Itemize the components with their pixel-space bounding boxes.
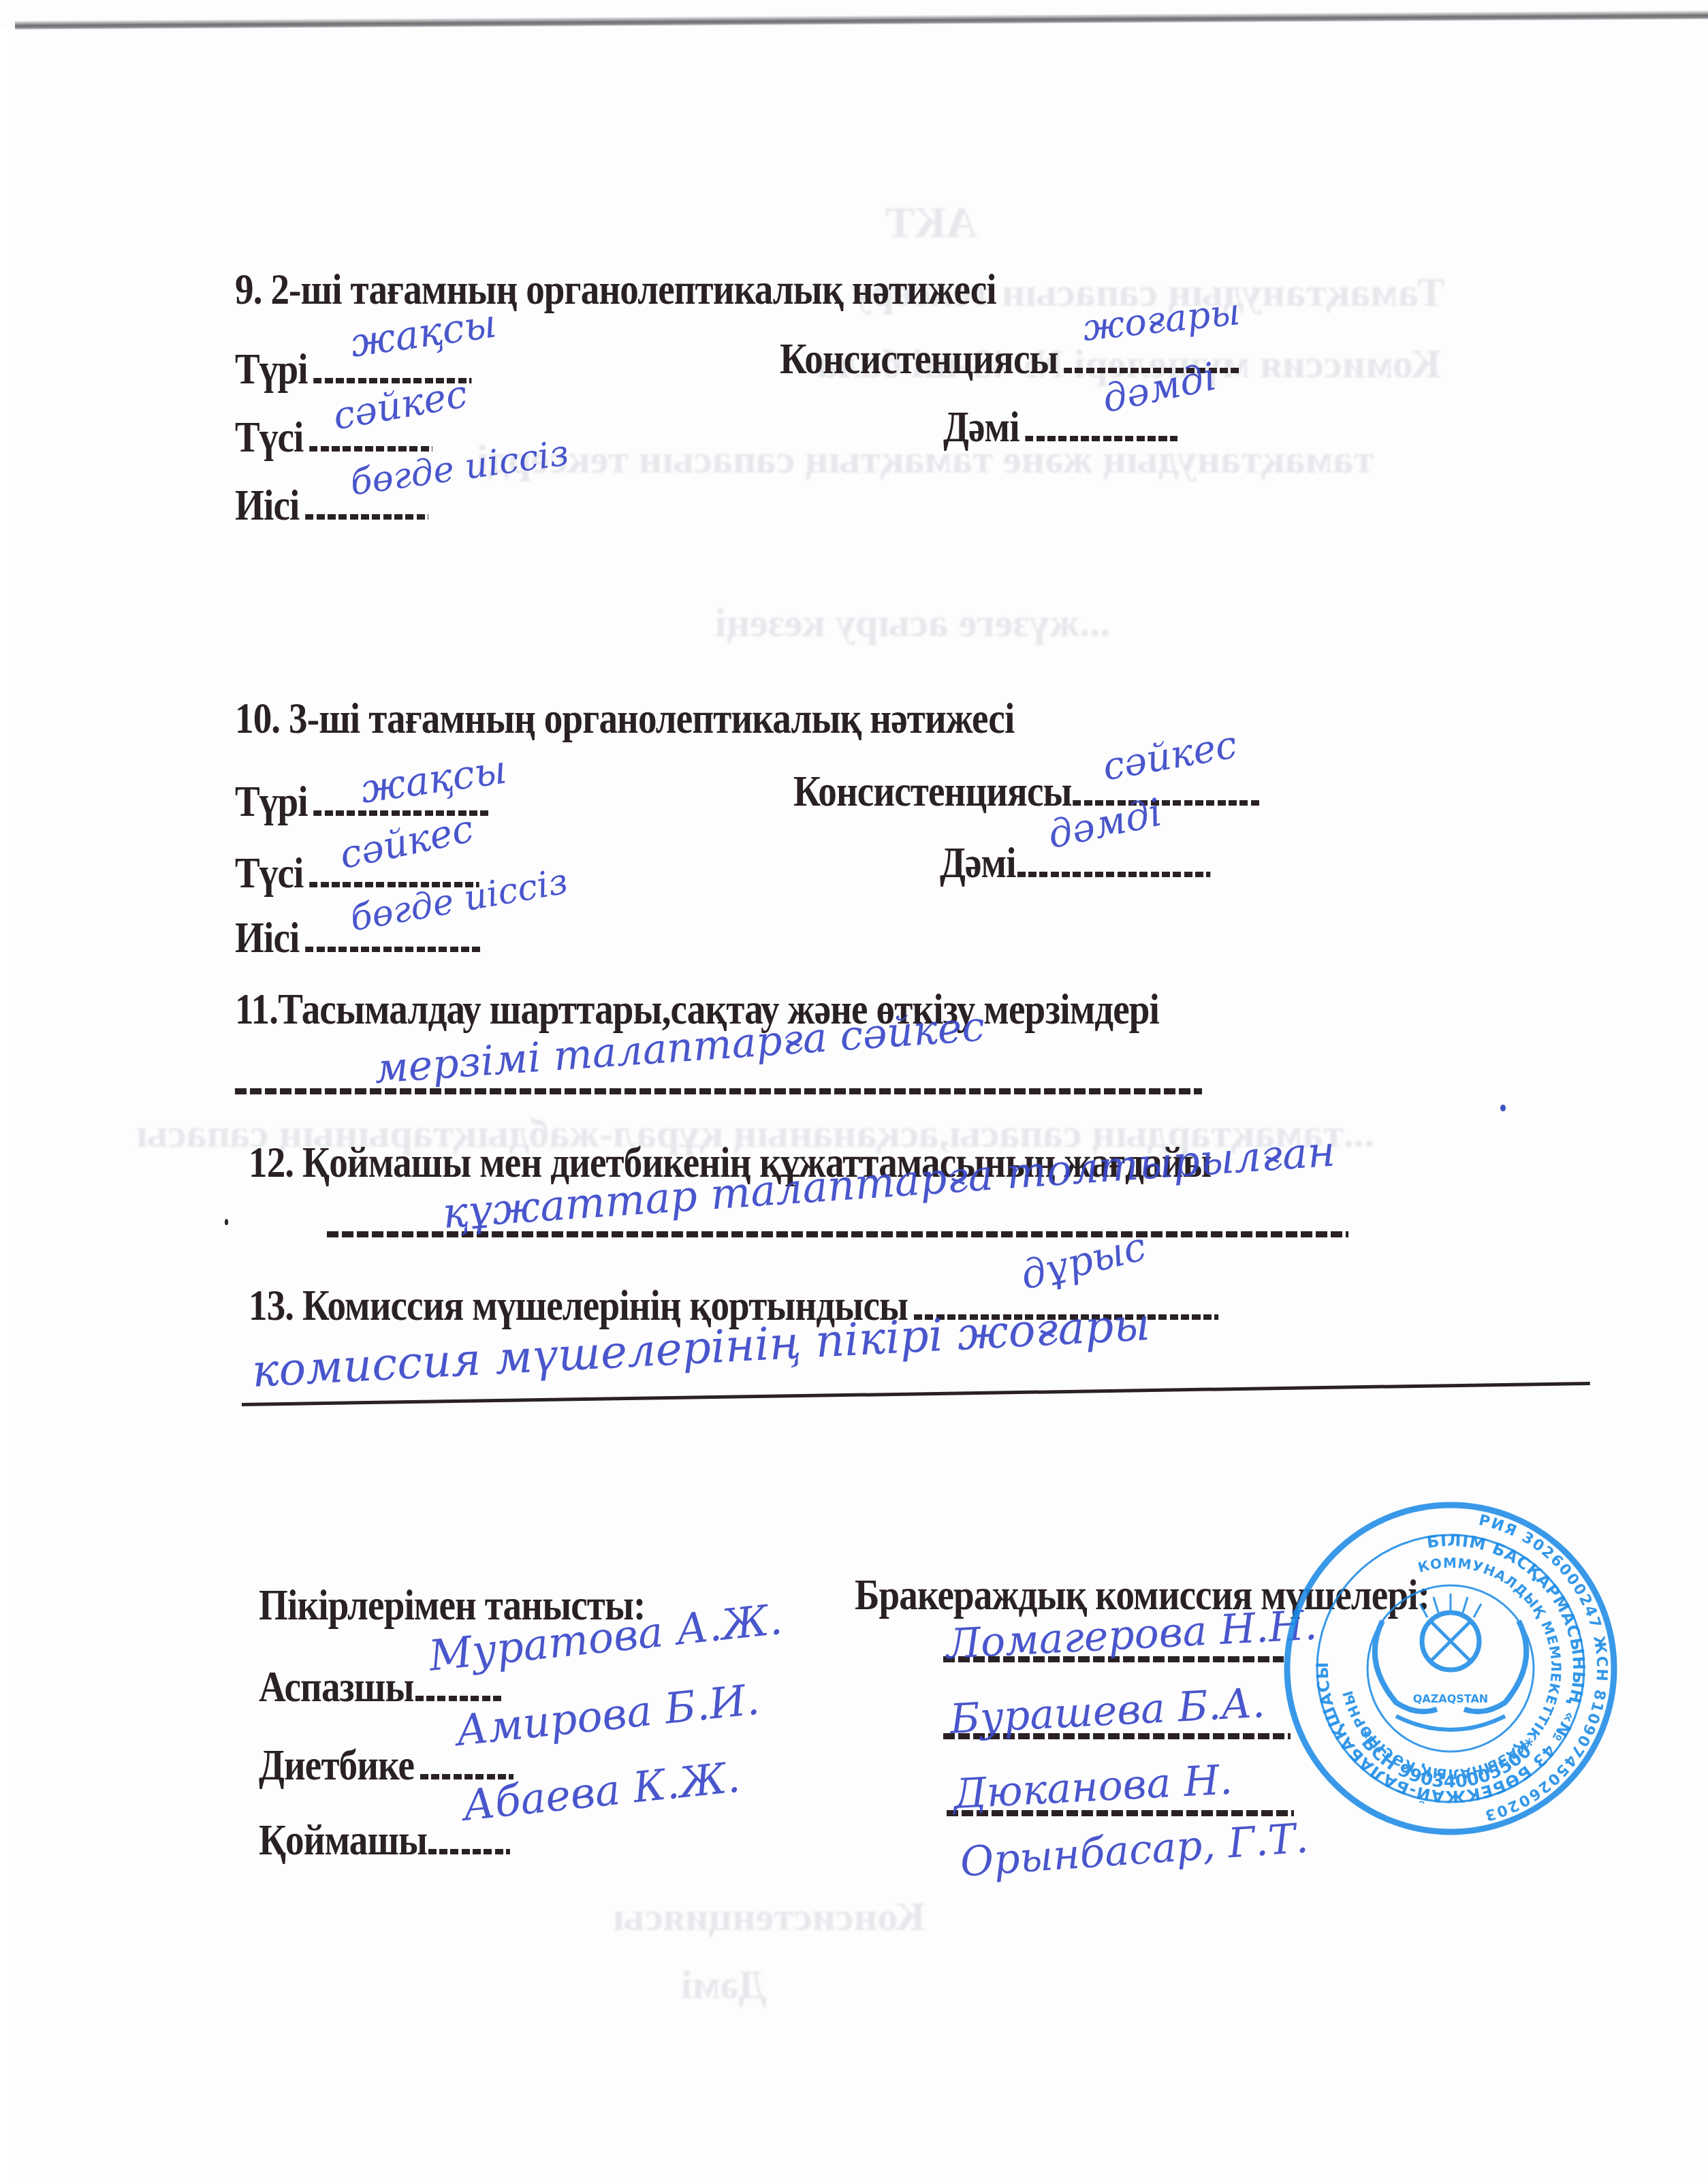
fill-line <box>415 1696 503 1701</box>
field-label: Түсі <box>235 413 304 461</box>
field-label: Түрі <box>235 345 308 393</box>
bleed-title: АКТ <box>885 197 977 248</box>
field-label: Иісі <box>235 481 299 529</box>
field-label: Түрі <box>235 777 308 825</box>
field-label: Иісі <box>235 913 299 962</box>
field-label: Консистенциясы <box>780 334 1058 383</box>
scan-edge-shadow <box>15 10 1708 30</box>
stamp-seal-icon: РИЯ 3026000247 ЖСН 810907450260203 БІЛІМ… <box>1280 1498 1621 1839</box>
fill-line <box>309 446 432 452</box>
role-label: Қоймашы <box>259 1816 427 1864</box>
bleed-line: ...жүзеге асыру кезеңі <box>715 599 1110 646</box>
stamp-emblem-text: QAZAQSTAN <box>1413 1692 1489 1705</box>
field-label: Түсі <box>235 849 304 897</box>
commission-signature: Дюканова Н. <box>952 1756 1233 1818</box>
fill-line <box>1017 872 1210 877</box>
field-label: Консистенциясы <box>793 767 1072 815</box>
field-label: Дәмі <box>940 838 1016 887</box>
bleed-line: Консистенциясы <box>613 1893 926 1940</box>
fill-line <box>305 514 428 520</box>
commission-signature: Орынбасар, Г.Т. <box>959 1814 1310 1886</box>
official-stamp: РИЯ 3026000247 ЖСН 810907450260203 БІЛІМ… <box>1280 1498 1621 1839</box>
field-label: Дәмі <box>943 402 1019 451</box>
fill-line <box>428 1849 510 1854</box>
fill-line <box>1025 436 1177 441</box>
role-label: Аспазшы <box>259 1662 414 1711</box>
scan-margin <box>0 27 15 2184</box>
bleed-line: тамақтанудың және тамақтың сапасын тексе… <box>477 436 1374 483</box>
ink-dot <box>1500 1105 1506 1111</box>
section10-heading: 10. 3-ші тағамның органолептикалық нәтиж… <box>235 693 1014 744</box>
role-label: Диетбике <box>259 1741 414 1789</box>
section9-heading: 9. 2-ші тағамның органолептикалық нәтиже… <box>235 264 996 315</box>
fill-line <box>305 947 481 952</box>
scan-speck <box>225 1219 228 1225</box>
bleed-line: Дәмі <box>681 1961 766 2008</box>
